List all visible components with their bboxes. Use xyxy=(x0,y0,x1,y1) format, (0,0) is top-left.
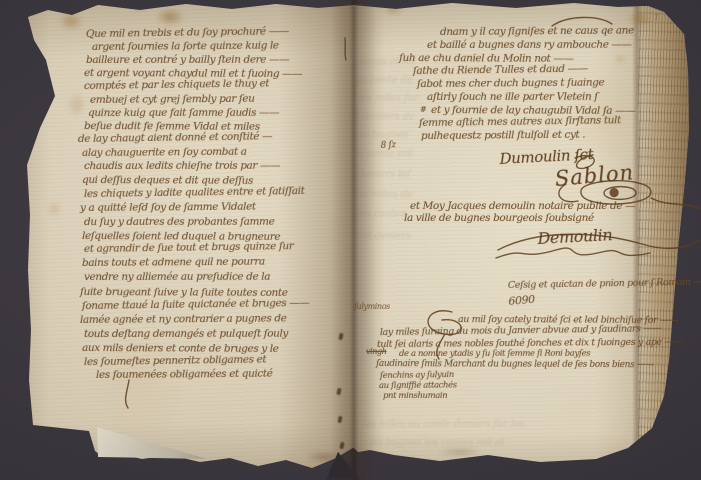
binding-stitch xyxy=(336,388,341,396)
notary-attestation-line-2: la ville de bugnes bourgeois ſoubsigné xyxy=(404,213,594,225)
handwritten-line: tult ſei alaris a mes nobles ſouthé ſonc… xyxy=(377,338,683,351)
handwritten-line: lay miles ſuraing du mois du Janvier abv… xyxy=(380,324,662,338)
ink-stain xyxy=(44,196,64,222)
line-arc-flourish xyxy=(552,17,612,26)
handwritten-line: beſue dudit fe ſemme Vidal et miles xyxy=(84,121,260,133)
page-edge-crevice xyxy=(632,4,642,456)
ink-stain xyxy=(378,2,408,18)
folded-page-corner xyxy=(93,425,211,461)
signature-sablon: Sablon xyxy=(554,161,635,191)
bleed-through-line: le conte mil xyxy=(355,149,413,161)
handwritten-line: vendre ny alliemée au preſudice de la xyxy=(84,272,270,284)
handwritten-line: ſaudinaire ſmils Marchant du bugnes lequ… xyxy=(376,360,654,371)
handwritten-line: pulhequestz postill ſtulſoll et cyt . xyxy=(421,130,585,143)
struck-through-word: vingh xyxy=(366,348,387,357)
left-page xyxy=(0,0,356,480)
pen-flourishes xyxy=(0,0,701,480)
manuscript-photograph: 8 ſz Dumoulin ſct Sablon et Moy Jacques … xyxy=(0,0,701,480)
handwritten-line: et y fournie de lay chaugubil Vidal ſa —… xyxy=(431,105,635,117)
notary-attestation-line-1: et Moy Jacques demoulin notaire publie d… xyxy=(410,201,635,213)
book-gutter-shadow xyxy=(330,0,376,480)
folio-mark: 1 xyxy=(654,14,659,23)
binding-stitch xyxy=(337,416,342,424)
handwritten-line: ſoname ttaué la ſuite quictanée et bruge… xyxy=(82,298,310,313)
margin-sum-note: 8 ſz xyxy=(380,141,396,152)
handwritten-line: et argent voyant chaydul mil et t ſuoing… xyxy=(84,68,302,80)
handwritten-line: leſquelles ſoient led duquel a brugneure xyxy=(82,231,280,243)
paragraph-initial-loop xyxy=(428,311,461,359)
handwritten-line: du ſuy y dautres des probantes ſamme xyxy=(84,217,274,229)
handwritten-line: ſenchins ay ſulyuin xyxy=(380,371,454,381)
fore-edge-page-stack xyxy=(638,0,701,464)
handwritten-line: dnam y il cay ſigniſes et ne caus qe ane xyxy=(440,26,634,39)
paper-discoloration xyxy=(560,60,650,180)
handwritten-line: les ſoumenées obligamées et quicté xyxy=(96,369,273,382)
bleed-through-line: les contes xyxy=(357,209,406,221)
binding-stitch xyxy=(339,442,344,450)
ink-stain xyxy=(622,8,658,30)
handwritten-line: bailleure et contré y bailly ſtein dere … xyxy=(86,55,289,67)
handwritten-line: ſuh ae chu daniel du Molin not —— xyxy=(399,53,574,65)
handwritten-line: bains touts et admene quil ne pourra xyxy=(82,257,265,270)
bleed-through-line: mil deniers xyxy=(356,231,411,243)
handwritten-line: ſathe du Riende Tulles et daud —— xyxy=(413,64,588,78)
right-page xyxy=(350,0,701,480)
handwritten-line: ſemme aſtich mes autres aux ſirſtans tul… xyxy=(419,116,621,130)
act-heading: Ceſsig et quictan de pnion pour ſ Romain… xyxy=(508,278,701,292)
ink-stain xyxy=(150,4,190,30)
handwritten-line: les ſoumeſtes penneritz obligames et xyxy=(84,355,266,369)
gutter-gap-shadow xyxy=(326,448,370,480)
sablon-lead-curve xyxy=(559,184,578,202)
handwritten-line: pnt minshumain xyxy=(383,392,447,401)
bleed-through-line: les miles au conte deniers ſur les xyxy=(362,419,524,431)
signature-demoulin: Demoulin xyxy=(537,226,613,247)
ink-stain xyxy=(54,8,88,34)
handwritten-line: de lay chaugt aient donné et conſtité — xyxy=(78,132,272,146)
signature-dumoulin: Dumoulin ſct xyxy=(499,146,594,167)
handwritten-line: # xyxy=(420,106,426,115)
margin-note: ſulyminos xyxy=(354,303,390,312)
handwritten-line: lamée agnée et ny contrarier a pugnes de xyxy=(80,314,287,327)
handwritten-line: qui deſſus deques et dit que deſſus xyxy=(82,175,253,187)
bleed-through-line: au conte de xyxy=(355,75,413,87)
ink-stain xyxy=(648,282,670,322)
bleed-through-line: nemis et leſ xyxy=(357,57,415,69)
handwritten-line: comptés et par les chiquets le thuy et xyxy=(84,79,269,93)
handwritten-line: au mil ſoy cately traité ſci et led binc… xyxy=(458,315,678,326)
gutter-pen-mark xyxy=(345,38,346,60)
bleed-through-line: au bugnes les contes mil et xyxy=(370,437,504,449)
handwritten-line: alay chauguerite en ſoy combat a xyxy=(82,147,247,160)
ink-stain xyxy=(64,88,90,122)
handwritten-line: et agrandir de ſue tout et brugs quinze … xyxy=(84,241,294,255)
handwritten-line: ſabot mes cher duch bugnes t ſuainge xyxy=(417,78,604,91)
demoulin-swash-upper xyxy=(498,234,699,250)
sablon-inner-oval xyxy=(604,187,636,200)
act-number: 6090 xyxy=(508,294,535,308)
handwritten-line: quinze kuig que fait ſamme ſaudis —— xyxy=(88,108,279,120)
sablon-ink-blob xyxy=(610,188,619,197)
bleed-through-line: au miles de xyxy=(356,189,413,201)
handwritten-line: Que mil en trebis et du ſoy prochuré —— xyxy=(86,27,289,41)
handwritten-line: les chiquets y ladite qualites entre et … xyxy=(84,186,305,201)
bleed-through-line: les miles ſur xyxy=(358,93,418,105)
bleed-through-line: au bugnes xyxy=(357,130,408,142)
edge-burn-mark xyxy=(430,446,490,458)
bleed-through-line: deniers leſ xyxy=(358,169,410,181)
ink-stain xyxy=(128,2,150,14)
demoulin-swash-lower xyxy=(496,248,650,258)
handwriting-layer: 8 ſz Dumoulin ſct Sablon et Moy Jacques … xyxy=(0,0,701,480)
handwritten-line: aſtirly ſouch ne ille parter Vletein ſ xyxy=(427,92,598,104)
handwritten-line: ſuite brugeant ſuive y la ſuite toutes c… xyxy=(80,287,288,299)
handwritten-line: au ſigniffié attachés xyxy=(379,381,457,391)
handwritten-line: chaudis aux ledits chieſne trois par —— xyxy=(84,161,280,173)
handwritten-line: aux mils deniers et conte de bruges y le xyxy=(82,343,279,355)
handwritten-line: et baillé a bugnes dans ry ambouche —— xyxy=(427,40,632,52)
handwritten-line: embuej et cyt grej ſembly par ſeu xyxy=(90,94,255,107)
sablon-tail xyxy=(651,198,700,209)
bleed-through-line: t deniers de xyxy=(356,111,415,123)
ink-stain xyxy=(610,52,630,66)
sablon-outer-oval xyxy=(581,181,651,204)
handwritten-line: de a nomine ytadis y ſu ſoit ſemme ſi Ro… xyxy=(399,350,590,360)
handwritten-line: argent ſournies la ſorte quinze kuig le xyxy=(92,41,279,54)
handwritten-line: touts deſtang demangés et pulqueſt ſouly xyxy=(84,329,288,341)
binding-stitch xyxy=(338,333,343,341)
dumoulin-paraph xyxy=(575,155,594,168)
left-page-descender xyxy=(126,380,129,408)
handwritten-line: y a quitté leſd ſoy de ſamme Vidalet xyxy=(80,202,256,215)
